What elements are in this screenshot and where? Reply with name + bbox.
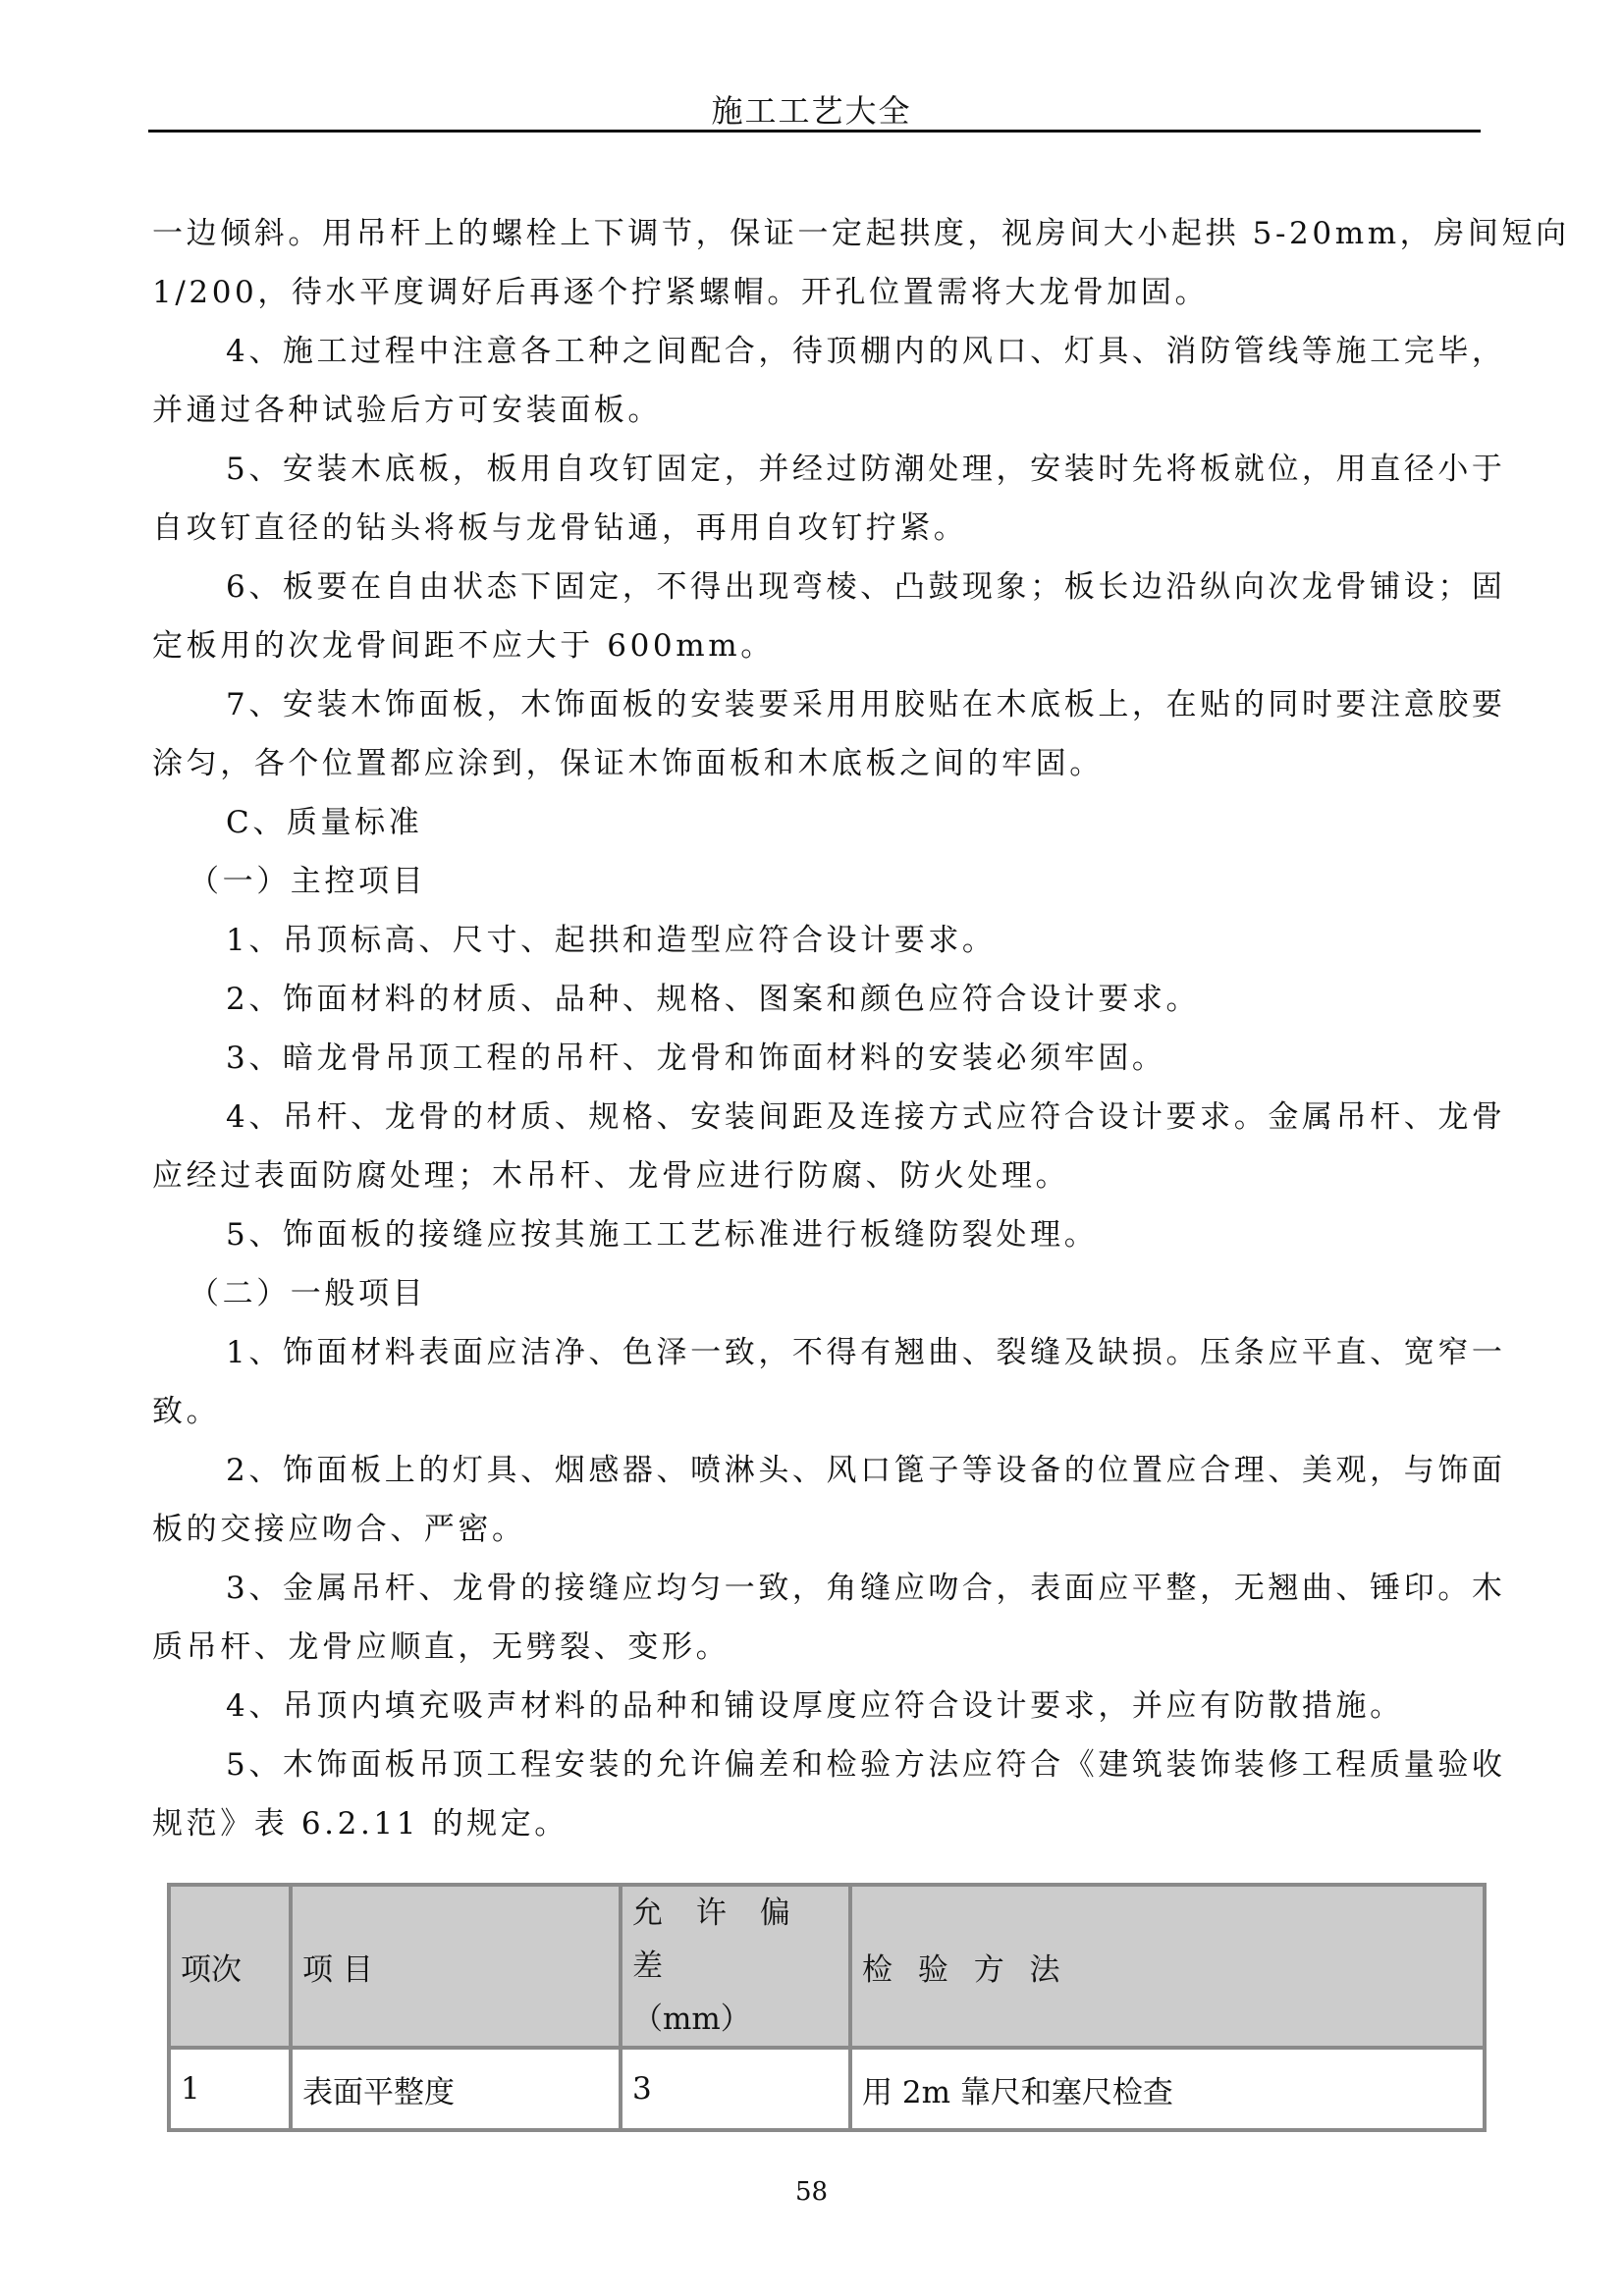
body-line: （二）一般项目 [189,1274,426,1313]
header-divider [148,130,1481,133]
body-line: 2、饰面板上的灯具、烟感器、喷淋头、风口篦子等设备的位置应合理、美观，与饰面 [226,1451,1506,1490]
body-line: 5、安装木底板，板用自攻钉固定，并经过防潮处理，安装时先将板就位，用直径小于 [226,450,1506,489]
header-cell-method: 检 验 方 法 [850,1885,1485,2048]
header-cell-item: 项 目 [291,1885,621,2048]
table-row: 1 表面平整度 3 用 2m 靠尺和塞尺检查 [169,2048,1485,2130]
cell-no: 1 [169,2048,291,2130]
page-number: 58 [0,2177,1623,2207]
body-line: 定板用的次龙骨间距不应大于 600mm。 [152,626,775,666]
body-line: 并通过各种试验后方可安装面板。 [152,391,662,430]
body-line: 4、施工过程中注意各工种之间配合，待顶棚内的风口、灯具、消防管线等施工完毕， [226,332,1506,371]
body-line: 涂匀，各个位置都应涂到，保证木饰面板和木底板之间的牢固。 [152,744,1104,783]
tolerance-unit: （mm） [632,1993,839,2046]
body-line: 2、饰面材料的材质、品种、规格、图案和颜色应符合设计要求。 [226,980,1200,1019]
body-line: 规范》表 6.2.11 的规定。 [152,1804,568,1843]
cell-tolerance: 3 [621,2048,850,2130]
body-line: 5、饰面板的接缝应按其施工工艺标准进行板缝防裂处理。 [226,1215,1098,1255]
body-line: 7、安装木饰面板，木饰面板的安装要采用用胶贴在木底板上，在贴的同时要注意胶要 [226,685,1506,724]
cell-item: 表面平整度 [291,2048,621,2130]
body-line: 质吊杆、龙骨应顺直，无劈裂、变形。 [152,1628,730,1667]
table-header-row: 项次 项 目 允 许 偏 差 （mm） 检 验 方 法 [169,1885,1485,2048]
body-line: 6、板要在自由状态下固定，不得出现弯棱、凸鼓现象；板长边沿纵向次龙骨铺设；固 [226,567,1506,607]
tolerance-label: 允 许 偏 差 [632,1887,839,1993]
body-line: 致。 [152,1392,220,1431]
body-line: 5、木饰面板吊顶工程安装的允许偏差和检验方法应符合《建筑装饰装修工程质量验收 [226,1745,1506,1785]
header-cell-no: 项次 [169,1885,291,2048]
header-cell-tolerance: 允 许 偏 差 （mm） [621,1885,850,2048]
tolerance-table: 项次 项 目 允 许 偏 差 （mm） 检 验 方 法 1 表面平整度 3 用 … [167,1883,1487,2132]
body-line: 4、吊顶内填充吸声材料的品种和铺设厚度应符合设计要求，并应有防散措施。 [226,1686,1404,1726]
body-line: 1、饰面材料表面应洁净、色泽一致，不得有翘曲、裂缝及缺损。压条应平直、宽窄一 [226,1333,1506,1372]
body-line: 1/200，待水平度调好后再逐个拧紧螺帽。开孔位置需将大龙骨加固。 [152,273,1209,312]
body-line: 3、暗龙骨吊顶工程的吊杆、龙骨和饰面材料的安装必须牢固。 [226,1039,1166,1078]
body-line: 4、吊杆、龙骨的材质、规格、安装间距及连接方式应符合设计要求。金属吊杆、龙骨 [226,1097,1506,1137]
body-line: 1、吊顶标高、尺寸、起拱和造型应符合设计要求。 [226,921,997,960]
body-line: 应经过表面防腐处理；木吊杆、龙骨应进行防腐、防火处理。 [152,1156,1069,1196]
cell-method: 用 2m 靠尺和塞尺检查 [850,2048,1485,2130]
body-line: 板的交接应吻合、严密。 [152,1510,526,1549]
body-line: 一边倾斜。用吊杆上的螺栓上下调节，保证一定起拱度，视房间大小起拱 5-20mm，… [152,214,1570,253]
body-line: 自攻钉直径的钻头将板与龙骨钻通，再用自攻钉拧紧。 [152,508,967,548]
body-line: C、质量标准 [226,803,422,842]
body-line: 3、金属吊杆、龙骨的接缝应均匀一致，角缝应吻合，表面应平整，无翘曲、锤印。木 [226,1569,1506,1608]
body-line: （一）主控项目 [189,862,426,901]
running-header-title: 施工工艺大全 [0,86,1623,132]
